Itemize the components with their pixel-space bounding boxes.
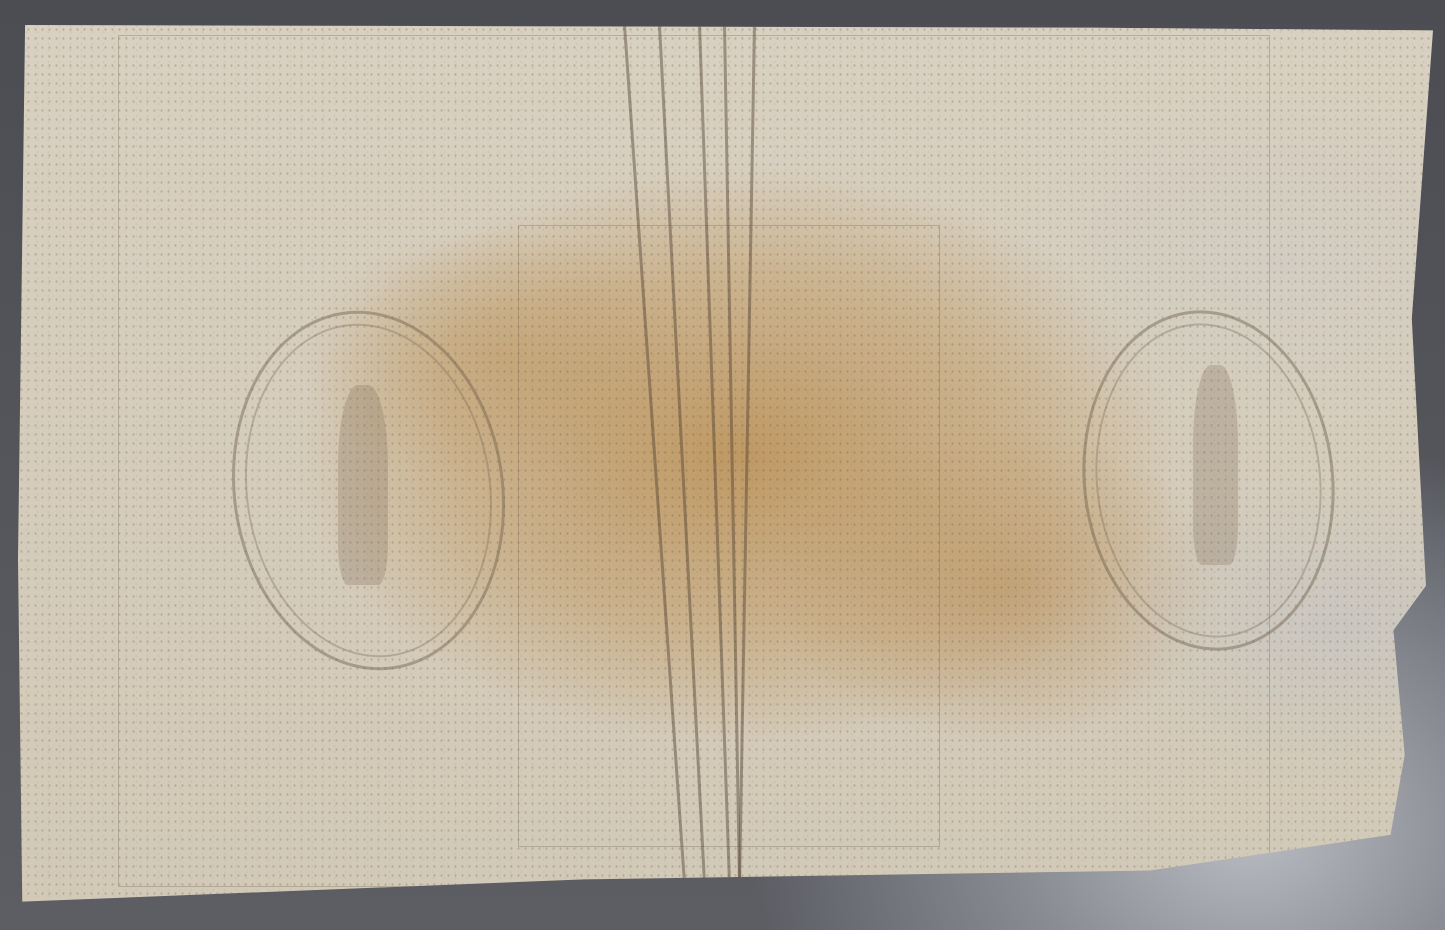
left-medallion-figure	[338, 385, 388, 585]
paper-note	[18, 25, 1433, 915]
right-medallion-figure	[1193, 365, 1238, 565]
